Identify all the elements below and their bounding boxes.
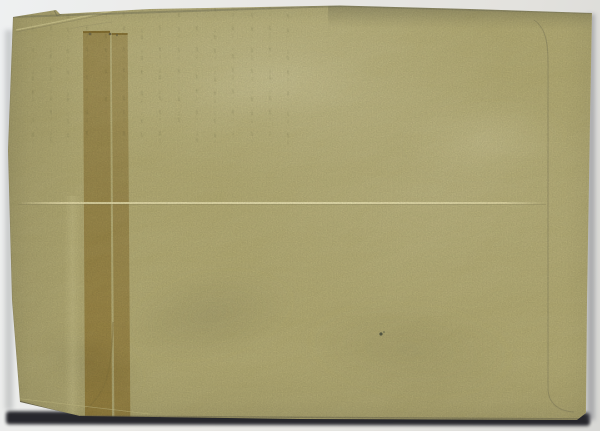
showthrough-column: :l t· i; l: ·t i; l· xyxy=(249,6,254,148)
showthrough-column: t; i: ·t l; i· t: ¡i xyxy=(230,5,235,135)
tape-strip-left xyxy=(83,31,112,418)
photo-backdrop: i; t· l: ¡i t; ·l i:t: i· ;t l¡ :i t· ;l… xyxy=(0,0,600,431)
vertical-fold-highlight xyxy=(64,196,81,414)
top-flap-shadow xyxy=(328,6,592,31)
showthrough-column: ·t i· ;l t: i· l; t: xyxy=(285,7,290,145)
tape-strip-right xyxy=(112,33,131,418)
horizontal-flap-seam xyxy=(18,202,546,204)
showthrough-column: ·i l; t: i· ¡t :l i; xyxy=(65,7,70,143)
envelope-back: i; t· l: ¡i t; ·l i:t: i· ;t l¡ :i t· ;l… xyxy=(0,0,600,431)
showthrough-text: i; t· l: ¡i t; ·l i:t: i· ;t l¡ :i t· ;l… xyxy=(0,0,320,170)
showthrough-column: t: i· ;t l¡ :i t· ;l xyxy=(48,5,53,145)
showthrough-column: i· ;t l· :i t; ·l i: xyxy=(212,7,217,143)
showthrough-column: i; l· t: ;i ¡l t· i: xyxy=(157,5,162,149)
showthrough-column: ·t i: l; t· :i ;l xyxy=(176,6,181,128)
showthrough-column: t· ;i :l t· i; ·t l: xyxy=(139,7,144,141)
showthrough-column: l: t· i; ·l t: i· ;t xyxy=(194,5,199,145)
showthrough-column: i: l; t· ¡i :l t· ;i xyxy=(267,5,272,139)
showthrough-column: i; t· l: ¡i t; ·l i: xyxy=(30,6,35,148)
